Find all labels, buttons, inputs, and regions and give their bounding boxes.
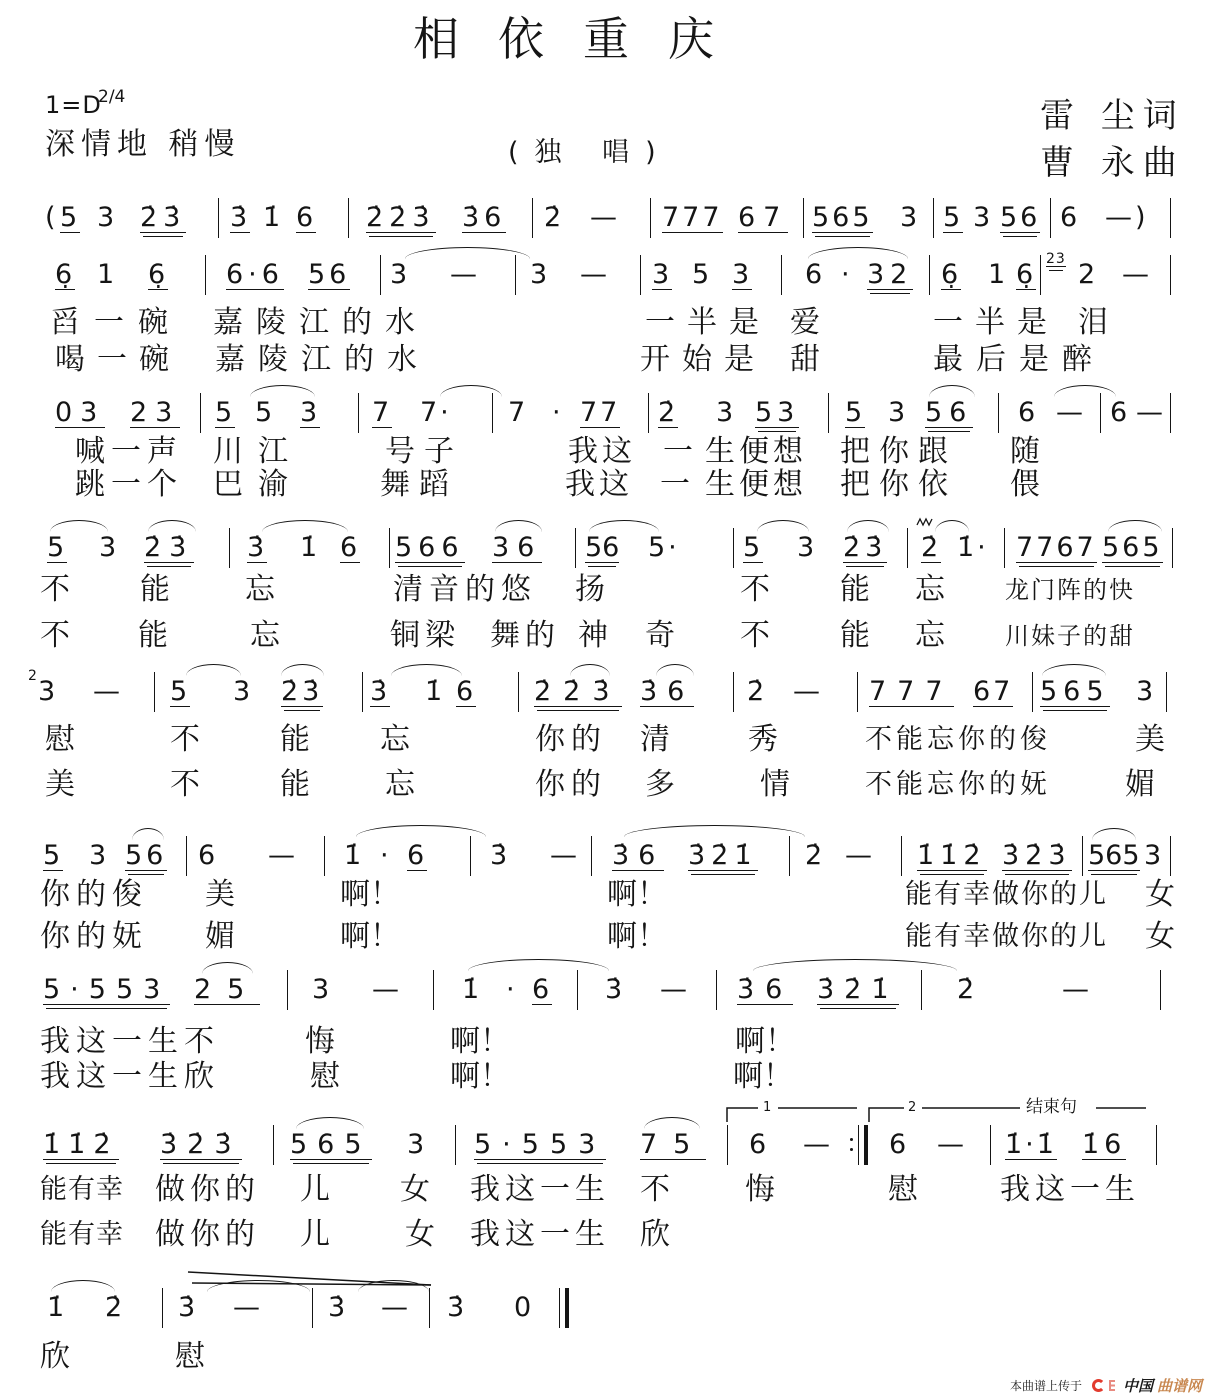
upload-watermark: 本曲谱上传于 中国 曲谱网 [1010,1376,1202,1394]
note-group: 3̇ [328,1293,348,1322]
lyrics-row-9: 欣 慰 [0,1339,1230,1375]
sheet-music-page: 相依重庆 1=D 2/4 深情地 稍慢 (独 唱) 雷 尘词 曹 永曲 ( 5 … [0,0,1230,1399]
notation-row-9: 1̇ 2̇ 3̇ — 3̇ — 3̇ 0 [0,1293,1230,1323]
decrescendo-hairpin [0,0,1230,1399]
upload-text: 本曲谱上传于 [1010,1377,1082,1394]
note-group: 3̇ [447,1293,467,1322]
dash: — [381,1293,411,1322]
note-group: 3̇ [178,1293,198,1322]
note-group: 1̇ [47,1293,67,1322]
site-logo-mark-icon [1109,1380,1115,1391]
dash: — [233,1293,263,1322]
rest: 0 [514,1293,534,1322]
final-bar-thick [565,1288,569,1328]
site-logo-icon [1092,1379,1105,1392]
lyric: 欣 [40,1339,79,1375]
site-name: 曲谱网 [1157,1375,1202,1396]
final-bar-thin [559,1288,560,1328]
note-group: 2̇ [105,1293,125,1322]
bar-line [162,1288,163,1328]
site-brand: 中国 [1123,1375,1153,1396]
bar-line [429,1288,430,1328]
bar-line [312,1288,313,1328]
lyric: 慰 [175,1339,214,1375]
